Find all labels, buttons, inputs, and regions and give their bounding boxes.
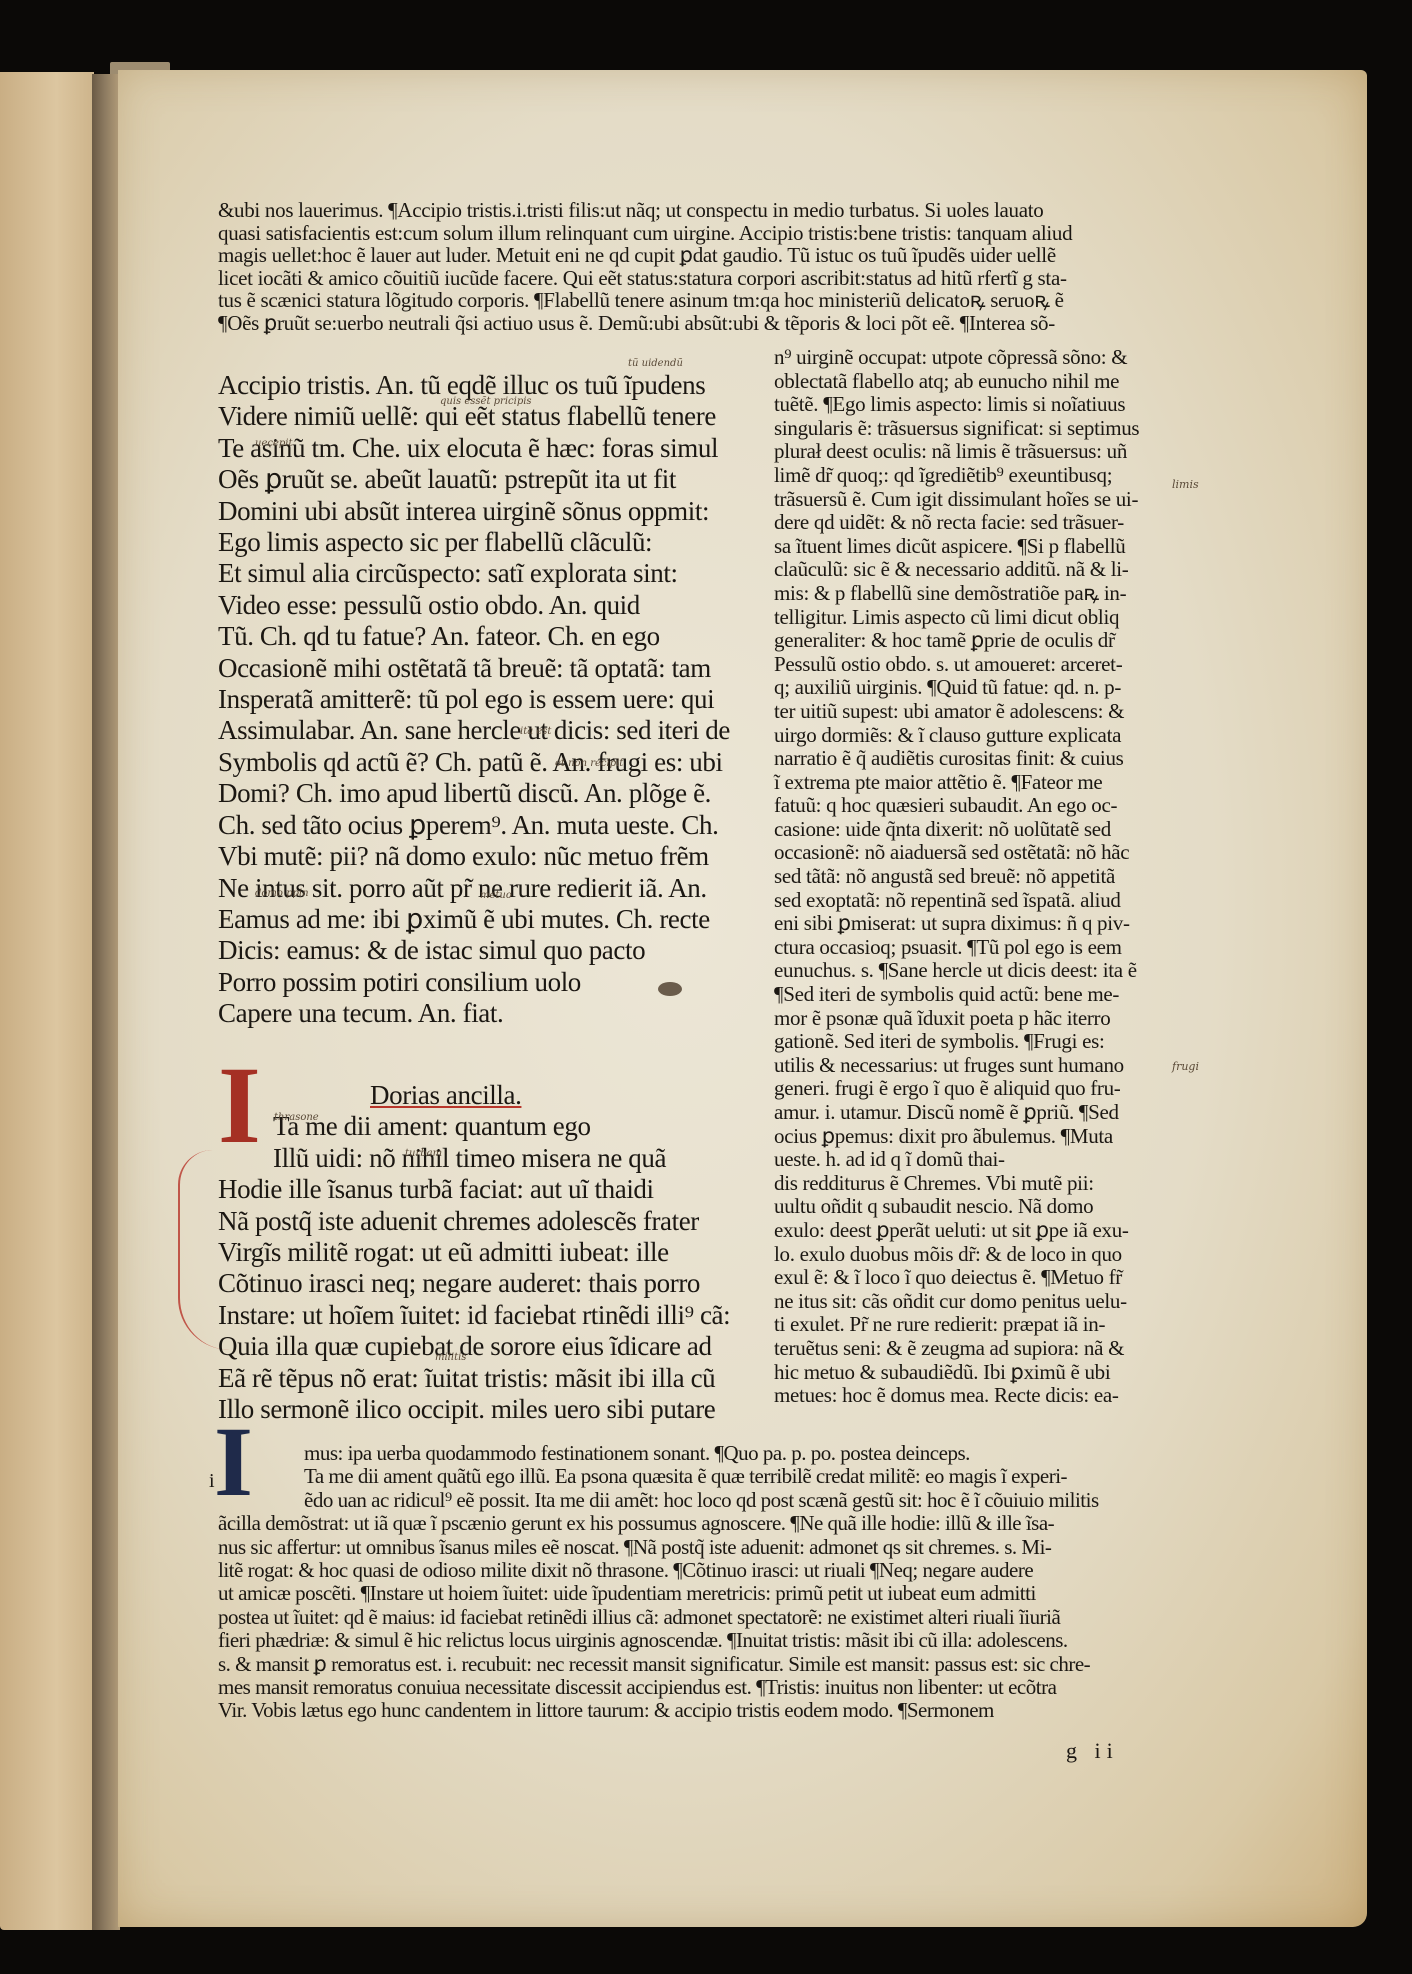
commentary-line: mis: & p flabellũ sine demõstratiõe paꝶ … bbox=[774, 582, 1164, 606]
commentary-line: s. & mansit ꝑ remoratus est. i. recubuit… bbox=[218, 1653, 1163, 1676]
commentary-line: plurał deest oculis: nã limis ẽ trãsuers… bbox=[774, 440, 1164, 464]
commentary-line: exulo: deest ꝑperãt ueluti: ut sit ꝑpe i… bbox=[774, 1219, 1164, 1243]
margin-note: frugi bbox=[1172, 1060, 1199, 1073]
commentary-line: eni sibi ꝑmiserat: ut supra diximus: ñ q… bbox=[774, 912, 1164, 936]
commentary-line: generaliter: & hoc tamẽ ꝑprie de oculis … bbox=[774, 629, 1164, 653]
verse-line: Quia illa quæ cupiebat de sorore eius ĩd… bbox=[218, 1331, 763, 1362]
verse-line: Nã postq̃ iste aduenit chremes adolescẽs… bbox=[218, 1206, 763, 1237]
verse-line: Hodie ille ĩsanus turbã faciat: aut uĩ t… bbox=[218, 1174, 763, 1205]
verse-line: Ch. sed tãto ocius ꝑperem⁹. An. muta ues… bbox=[218, 810, 758, 841]
commentary-column: n⁹ uirginẽ occupat: utpote cõpressã sõno… bbox=[774, 346, 1164, 1408]
commentary-line: magis uellet:hoc ẽ lauer aut luder. Metu… bbox=[218, 244, 1163, 267]
commentary-line: mus: ipa uerba quodammodo festinationem … bbox=[218, 1442, 1163, 1465]
commentary-line: teruẽtus seni: & ẽ zeugma ad supiora: nã… bbox=[774, 1337, 1164, 1361]
commentary-line: mor ẽ psonæ quã ĩduxit poeta p hãc iterr… bbox=[774, 1007, 1164, 1031]
commentary-line: tuẽtẽ. ¶Ego limis aspecto: limis si noĩa… bbox=[774, 393, 1164, 417]
bottom-commentary: mus: ipa uerba quodammodo festinationem … bbox=[218, 1442, 1163, 1723]
verse-line: Insperatã amitterẽ: tũ pol ego is essem … bbox=[218, 684, 758, 715]
interlinear-gloss: uecepit bbox=[255, 438, 293, 449]
commentary-line: uirgo dormiẽs: & ĩ clauso gutture explic… bbox=[774, 724, 1164, 748]
commentary-line: ut amicæ poscẽti. ¶Instare ut hoiem ĩuit… bbox=[218, 1582, 1163, 1605]
verse-line: Te asinũ tm. Che. uix elocuta ẽ hæc: for… bbox=[218, 433, 758, 464]
commentary-line: Ta me dii ament quãtũ ego illũ. Ea psona… bbox=[218, 1465, 1163, 1488]
commentary-line: narratio ẽ q̃ audiẽtis curositas finit: … bbox=[774, 747, 1164, 771]
signature-mark: g ii bbox=[1066, 1738, 1119, 1764]
commentary-line: Vir. Vobis lætus ego hunc candentem in l… bbox=[218, 1699, 1163, 1722]
commentary-line: exul ẽ: & ĩ loco ĩ quo deiectus ẽ. ¶Metu… bbox=[774, 1266, 1164, 1290]
commentary-line: telligitur. Limis aspecto cũ limi dicut … bbox=[774, 606, 1164, 630]
verse-line: Oẽs ꝑruũt se. abeũt lauatũ: pstrepũt ita… bbox=[218, 464, 758, 495]
commentary-line: sa ĩtuent limes dicũt aspicere. ¶Si p fl… bbox=[774, 535, 1164, 559]
book-gutter bbox=[92, 74, 120, 1930]
verse-line: Video esse: pessulũ ostio obdo. An. quid bbox=[218, 590, 758, 621]
commentary-line: singularis ẽ: trãsuersus significat: si … bbox=[774, 417, 1164, 441]
verse-line: Illo sermonẽ ilico occipit. miles uero s… bbox=[218, 1394, 763, 1425]
interlinear-gloss: domo ppin bbox=[255, 888, 309, 899]
commentary-line: hic metuo & subaudiẽdũ. Ibi ꝑximũ ẽ ubi bbox=[774, 1361, 1164, 1385]
interlinear-gloss: militis bbox=[435, 1352, 466, 1363]
scene-text-block: Dorias ancilla. Ta me dii ament: quantum… bbox=[218, 1080, 763, 1425]
verse-line: Eamus ad me: ibi ꝑximũ ẽ ubi mutes. Ch. … bbox=[218, 904, 758, 935]
commentary-line: fatuũ: q hoc quæsieri subaudit. An ego o… bbox=[774, 794, 1164, 818]
commentary-line: lo. exulo duobus mõis dr̃: & de loco in … bbox=[774, 1243, 1164, 1267]
commentary-line: ocius ꝑpemus: dixit pro ãbulemus. ¶Muta bbox=[774, 1125, 1164, 1149]
interlinear-gloss: ita est bbox=[520, 726, 551, 737]
verse-line: Tũ. Ch. qd tu fatue? An. fateor. Ch. en … bbox=[218, 621, 758, 652]
head-commentary: &ubi nos lauerimus. ¶Accipio tristis.i.t… bbox=[218, 199, 1163, 334]
commentary-line: postea ut ĩuitet: qd ẽ maius: id facieba… bbox=[218, 1606, 1163, 1629]
verse-line: Illũ uidi: nõ nihil timeo misera ne quã bbox=[218, 1143, 763, 1174]
commentary-line: trãsuersũ ẽ. Cum igit dissimulant hoĩes … bbox=[774, 488, 1164, 512]
commentary-line: fieri phædriæ: & simul ẽ hic relictus lo… bbox=[218, 1629, 1163, 1652]
commentary-line: ¶Sed iteri de symbolis quid actũ: bene m… bbox=[774, 983, 1164, 1007]
commentary-line: licet iocãti & amico cõuitiũ iucũde face… bbox=[218, 267, 1163, 290]
commentary-line: eunuchus. s. ¶Sane hercle ut dicis deest… bbox=[774, 959, 1164, 983]
interlinear-gloss: et non recipit bbox=[555, 758, 623, 769]
commentary-line: claũculũ: sic ẽ & necessario additũ. nã … bbox=[774, 558, 1164, 582]
interlinear-gloss: quis essẽt pricipis bbox=[440, 396, 532, 407]
commentary-line: n⁹ uirginẽ occupat: utpote cõpressã sõno… bbox=[774, 346, 1164, 370]
commentary-line: mes mansit remoratus conuiua necessitate… bbox=[218, 1676, 1163, 1699]
verse-line: Dicis: eamus: & de istac simul quo pacto bbox=[218, 935, 758, 966]
verse-line: Symbolis qd actũ ẽ? Ch. patũ ẽ. An. frug… bbox=[218, 747, 758, 778]
verse-line: Occasionẽ mihi ostẽtatã tã breuẽ: tã opt… bbox=[218, 653, 758, 684]
commentary-line: ¶Oẽs ꝑruũt se:uerbo neutrali q̃si actiuo… bbox=[218, 312, 1163, 335]
commentary-line: ctura occasioq; psuasit. ¶Tũ pol ego is … bbox=[774, 936, 1164, 960]
commentary-line: amur. i. utamur. Discũ nomẽ ẽ ꝑpriũ. ¶Se… bbox=[774, 1101, 1164, 1125]
commentary-line: dis redditurus ẽ Chremes. Vbi mutẽ pii: bbox=[774, 1172, 1164, 1196]
verse-line: Cõtinuo irasci neq; negare auderet: thai… bbox=[218, 1268, 763, 1299]
verse-text-block: Accipio tristis. An. tũ eqdẽ illuc os tu… bbox=[218, 370, 758, 1030]
commentary-line: nus sic affertur: ut omnibus ĩsanus mile… bbox=[218, 1536, 1163, 1559]
commentary-line: ãcilla demõstrat: ut iã quæ ĩ pscænio ge… bbox=[218, 1512, 1163, 1535]
commentary-line: gationẽ. Sed iteri de symbolis. ¶Frugi e… bbox=[774, 1030, 1164, 1054]
commentary-line: Pessulũ ostio obdo. s. ut amoueret: arce… bbox=[774, 653, 1164, 677]
commentary-line: metues: hoc ẽ domus mea. Recte dicis: ea… bbox=[774, 1384, 1164, 1408]
commentary-line: ti exulet. Pr̃ ne rure redierit: præpat … bbox=[774, 1313, 1164, 1337]
guide-letter: i bbox=[209, 1470, 215, 1493]
verse-line: Instare: ut hoĩem ĩuitet: id faciebat rt… bbox=[218, 1300, 763, 1331]
previous-page-edge bbox=[0, 72, 94, 1930]
interlinear-gloss: turbam bbox=[405, 1148, 442, 1159]
commentary-line: sed exoptatã: nõ repentinã sed ĩspatã. a… bbox=[774, 889, 1164, 913]
margin-note: limis bbox=[1172, 478, 1199, 491]
verse-line: Domini ubi absũt interea uirginẽ sõnus o… bbox=[218, 496, 758, 527]
scene-heading: Dorias ancilla. bbox=[218, 1080, 763, 1111]
verse-line: Domi? Ch. imo apud libertũ discũ. An. pl… bbox=[218, 778, 758, 809]
verse-line: Virgĩs militẽ rogat: ut eũ admitti iubea… bbox=[218, 1237, 763, 1268]
verse-line: Eã rẽ tẽpus nõ erat: ĩuitat tristis: mãs… bbox=[218, 1363, 763, 1394]
commentary-line: tus ẽ scænici statura lõgitudo corporis.… bbox=[218, 289, 1163, 312]
commentary-line: utilis & necessarius: ut fruges sunt hum… bbox=[774, 1054, 1164, 1078]
verse-line: Vbi mutẽ: pii? nã domo exulo: nũc metuo … bbox=[218, 841, 758, 872]
commentary-line: ẽdo uan ac ridicul⁹ eẽ possit. Ita me di… bbox=[218, 1489, 1163, 1512]
commentary-line: litẽ rogat: & hoc quasi de odioso milite… bbox=[218, 1559, 1163, 1582]
verse-line: Assimulabar. An. sane hercle ut dicis: s… bbox=[218, 715, 758, 746]
commentary-line: uultu oñdit q subaudit nescio. Nã domo bbox=[774, 1195, 1164, 1219]
commentary-line: casione: uide q̃nta dixerit: nõ uolũtatẽ… bbox=[774, 818, 1164, 842]
commentary-line: ĩ extrema pte maior attẽtio ẽ. ¶Fateor m… bbox=[774, 771, 1164, 795]
commentary-line: quasi satisfacientis est:cum solum illum… bbox=[218, 222, 1163, 245]
commentary-line: ter uitiũ supest: ubi amator ẽ adolescen… bbox=[774, 700, 1164, 724]
commentary-line: q; auxiliũ uirginis. ¶Quid tũ fatue: qd.… bbox=[774, 676, 1164, 700]
commentary-line: limẽ dr̃ quoq;: qd ĩgrediẽtib⁹ exeuntibu… bbox=[774, 464, 1164, 488]
commentary-line: sed tãtã: nõ angustã sed breuẽ: nõ appet… bbox=[774, 865, 1164, 889]
verse-line: Et simul alia circũspecto: satĩ explorat… bbox=[218, 558, 758, 589]
commentary-line: occasionẽ: nõ aiaduersã sed ostẽtatã: nõ… bbox=[774, 841, 1164, 865]
interlinear-gloss: thrasone bbox=[274, 1112, 319, 1123]
verse-line: Capere una tecum. An. fiat. bbox=[218, 998, 758, 1029]
commentary-line: &ubi nos lauerimus. ¶Accipio tristis.i.t… bbox=[218, 199, 1163, 222]
interlinear-gloss: metuo bbox=[480, 890, 512, 901]
verse-line: Ego limis aspecto sic per flabellũ clãcu… bbox=[218, 527, 758, 558]
interlinear-gloss: tũ uidendũ bbox=[628, 358, 683, 369]
commentary-line: ne itus sit: cãs oñdit cur domo penitus … bbox=[774, 1290, 1164, 1314]
commentary-line: oblectatã flabello atq; ab eunucho nihil… bbox=[774, 370, 1164, 394]
commentary-line: generi. frugi ẽ ergo ĩ quo ẽ aliquid quo… bbox=[774, 1077, 1164, 1101]
ink-stain bbox=[658, 982, 682, 996]
commentary-line: dere qd uidẽt: & nõ recta facie: sed trã… bbox=[774, 511, 1164, 535]
commentary-line: ueste. h. ad id q ĩ domũ thai- bbox=[774, 1148, 1164, 1172]
